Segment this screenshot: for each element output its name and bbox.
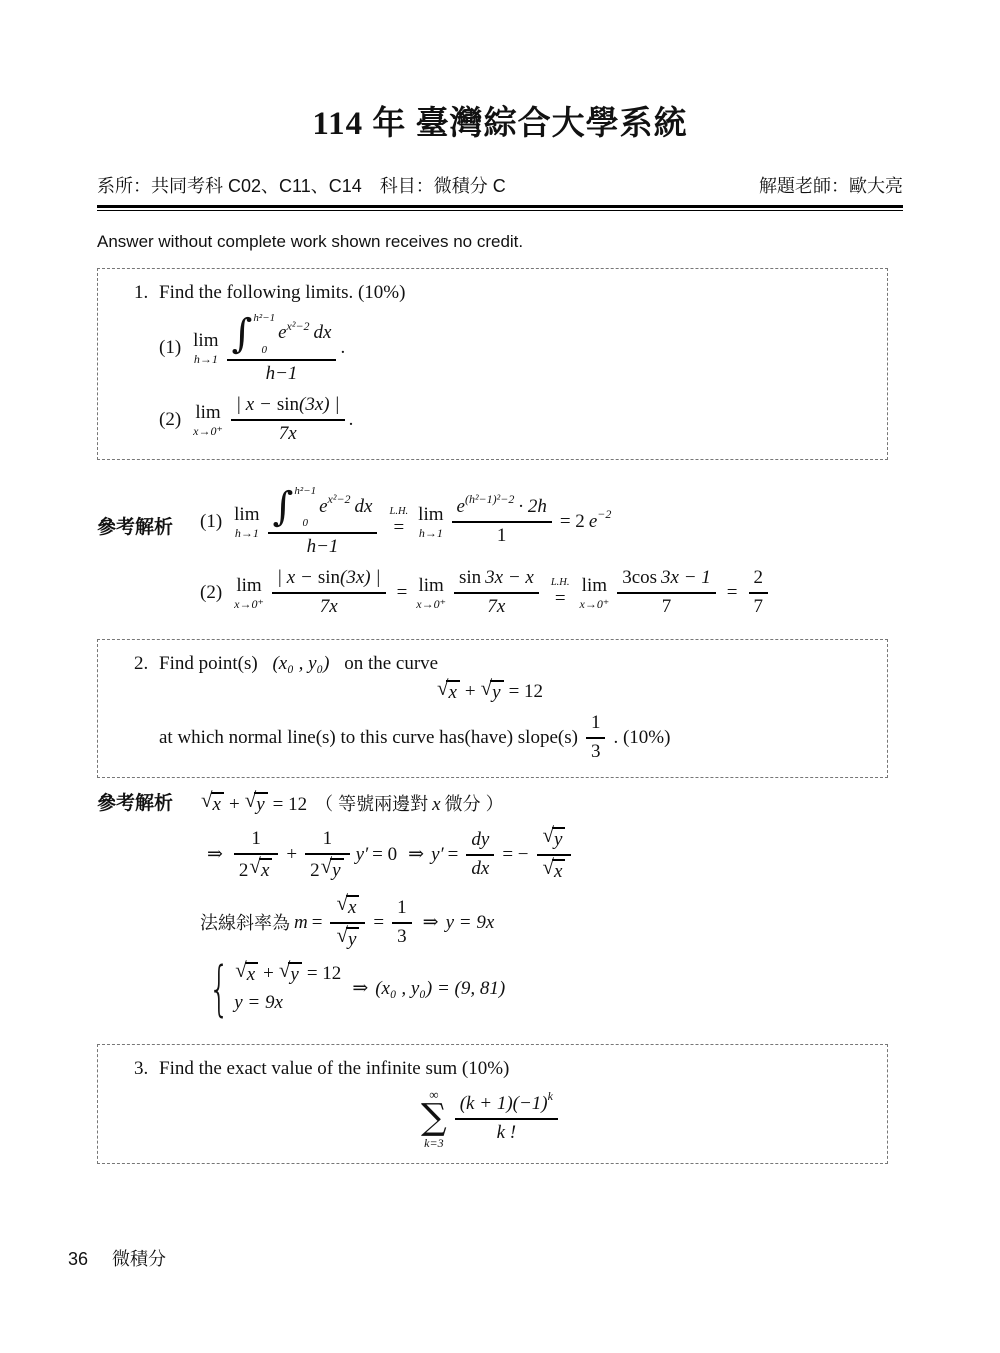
period: . [340, 336, 345, 360]
header-teacher: 解題老師：歐大亮 [759, 175, 903, 198]
s2-line-4: { √x + √y = 12 y = 9x ⇒ (x₀ , y₀) = (9, … [200, 962, 1000, 1016]
header-row: 系所：共同考科 C02、C11、C14 科目：微積分 C 解題老師：歐大亮 [97, 175, 903, 198]
fraction: dy dx [466, 829, 494, 881]
exam-solution-page: { "page": { "title": "114 年 臺灣綜合大學系統", "… [0, 0, 1000, 1353]
sqrt: √x [437, 680, 460, 704]
footer-subject: 微積分 [112, 1248, 166, 1271]
sqrt: √y [321, 858, 344, 882]
sqrt: √y [481, 680, 504, 704]
page-footer: 36 微積分 [68, 1248, 166, 1271]
question-3-number: 3. [116, 1057, 159, 1081]
question-2-box: 2. Find point(s) (x₀ , y₀) on the curve … [97, 639, 888, 778]
brace: { [209, 962, 230, 1016]
integral-lower: 0 [294, 517, 316, 529]
limit-operator: lim x→0⁺ [416, 576, 446, 610]
limit-operator: lim x→0⁺ [193, 403, 223, 437]
dx: dx [314, 323, 332, 344]
solution-2: 參考解析 √x + √y = 12 （ 等號兩邊對 x 微分 ） ⇒ 1 2√x… [97, 792, 1000, 1015]
question-2-number: 2. [116, 652, 159, 676]
sqrt: √y [279, 962, 302, 986]
question-1-box: 1. Find the following limits. (10%) (1) … [97, 268, 888, 460]
q1-formula-2: (2) lim x→0⁺ | x − sin (3x) | 7x . [159, 394, 867, 446]
limit-operator: lim x→0⁺ [580, 576, 610, 610]
integral-upper: h²−1 [253, 312, 275, 324]
sqrt: √x [235, 962, 258, 986]
fraction: (k + 1)(−1)k k ! [455, 1093, 558, 1145]
fraction: 2 7 [749, 567, 769, 619]
fraction: 1 2√x [234, 828, 278, 883]
denominator: h−1 [227, 359, 337, 386]
fraction: sin 3x − x 7x [454, 567, 539, 619]
fraction: √y √x [537, 826, 572, 884]
solution-1: 參考解析 (1) lim h→1 ∫ h²−1 0 ex²−2 [97, 484, 1000, 619]
s2-line-2: ⇒ 1 2√x + 1 2√y y′ = 0 ⇒ y′ = dy dx = − … [200, 826, 1000, 884]
limit-operator: lim h→1 [193, 331, 218, 365]
s1-line-1: (1) lim h→1 ∫ h²−1 0 ex²−2 dx [200, 484, 1000, 559]
integral-sign: ∫ [273, 490, 294, 524]
fraction: e(h²−1)²−2 · 2h 1 [452, 496, 552, 548]
s2-line-1: √x + √y = 12 （ 等號兩邊對 x 微分 ） [200, 792, 1000, 816]
summation: ∞ ∑ k=3 [421, 1088, 447, 1148]
integral: ∫ h²−1 0 [232, 312, 276, 356]
integral-upper: h²−1 [294, 485, 316, 497]
system-of-equations: { √x + √y = 12 y = 9x [200, 962, 345, 1016]
page-number: 36 [68, 1248, 88, 1271]
fraction: ∫ h²−1 0 ex²−2 dx h−1 [268, 484, 378, 559]
page-title: 114 年 臺灣綜合大學系統 [0, 104, 1000, 145]
sqrt: √x [543, 859, 566, 883]
sum-sign: ∑ [421, 1102, 447, 1134]
ref-analysis-label: 參考解析 [97, 792, 200, 816]
q1-formula-1: (1) lim h→1 ∫ h²−1 0 ex²−2 dx h−1 . [159, 311, 867, 386]
part-label: (1) [159, 336, 181, 360]
sqrt: √y [336, 927, 359, 951]
header-department: 系所：共同考科 C02、C11、C14 科目：微積分 C [97, 175, 506, 198]
s2-line-3: 法線斜率為 m = √x √y = 1 3 ⇒ y = 9x [200, 894, 1000, 952]
sqrt: √x [249, 858, 272, 882]
sqrt: √y [543, 827, 566, 851]
s1-line-2: (2) lim x→0⁺ | x − sin (3x) | 7x = lim x… [200, 567, 1000, 619]
limit-operator: lim h→1 [418, 505, 443, 539]
denominator: 7x [231, 419, 345, 446]
question-1-prompt: Find the following limits. (10%) [159, 281, 867, 305]
fraction: 1 3 [586, 712, 606, 764]
part-label: (2) [159, 408, 181, 432]
fraction: | x − sin (3x) | 7x [231, 394, 345, 446]
question-2-prompt: Find point(s) (x₀ , y₀) on the curve [159, 652, 867, 676]
integral-lower: 0 [253, 344, 275, 356]
point-notation: (x₀ , y₀) [272, 653, 329, 674]
e-base: e [278, 323, 286, 344]
sqrt: √x [336, 895, 359, 919]
notice-text: Answer without complete work shown recei… [97, 231, 1000, 252]
fraction: ∫ h²−1 0 ex²−2 dx h−1 [227, 311, 337, 386]
q2-slope-line: at which normal line(s) to this curve ha… [159, 712, 867, 764]
fraction: 3 cos 3x − 1 7 [617, 567, 716, 619]
lhopital-equals: L.H. = [551, 578, 570, 609]
integral: ∫ h²−1 0 [273, 485, 317, 529]
q3-sum-expression: ∞ ∑ k=3 (k + 1)(−1)k k ! [116, 1088, 867, 1148]
sqrt: √y [245, 792, 268, 816]
sum-lower: k=3 [424, 1137, 443, 1149]
limit-operator: lim h→1 [234, 505, 259, 539]
sqrt: √x [201, 792, 224, 816]
fraction: 1 2√y [305, 828, 349, 883]
header-rule [97, 205, 903, 211]
fraction: | x − sin (3x) | 7x [272, 567, 386, 619]
question-3-prompt: Find the exact value of the infinite sum… [159, 1057, 867, 1081]
question-1-number: 1. [116, 281, 159, 305]
question-3-box: 3. Find the exact value of the infinite … [97, 1044, 888, 1164]
integral-sign: ∫ [232, 317, 253, 351]
ref-analysis-label: 參考解析 [97, 484, 200, 540]
q2-curve-equation: √x + √y = 12 [116, 680, 867, 704]
lhopital-equals: L.H. = [389, 507, 408, 538]
limit-operator: lim x→0⁺ [234, 576, 264, 610]
fraction: √x √y [330, 894, 365, 952]
fraction: 1 3 [392, 897, 412, 949]
period: . [349, 408, 354, 432]
